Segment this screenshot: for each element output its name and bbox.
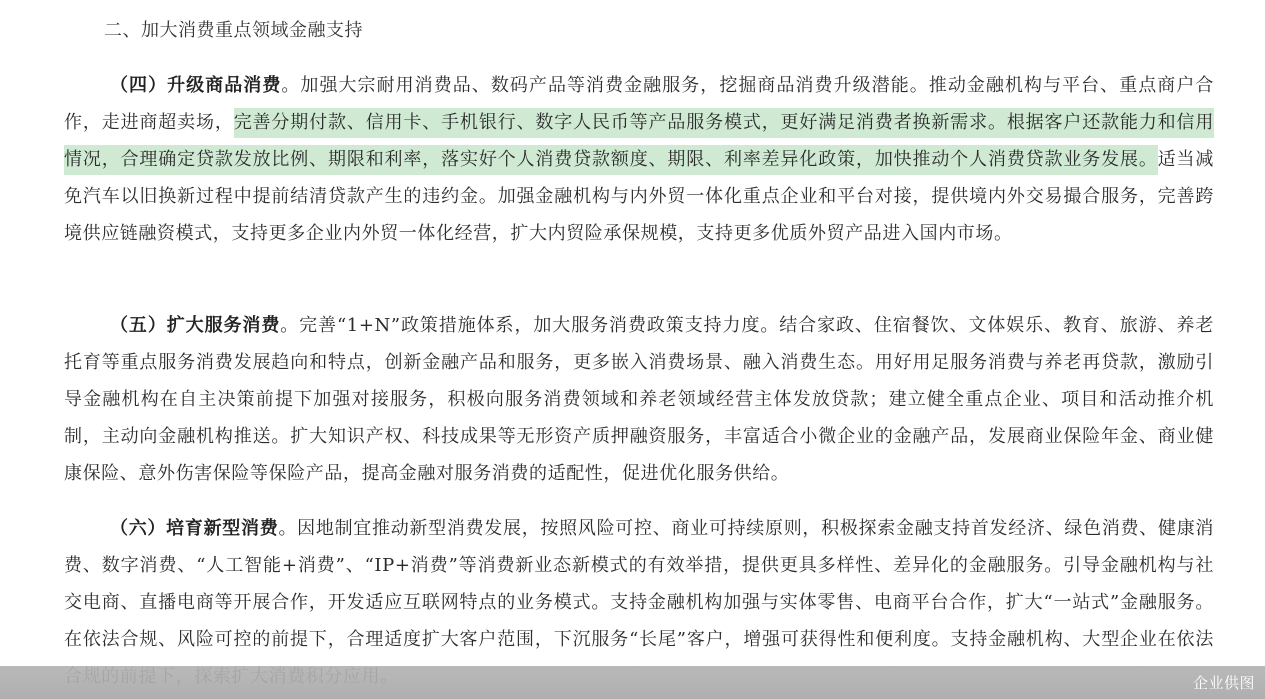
paragraph-text: 。因地制宜推动新型消费发展，按照风险可控、商业可持续原则，积极探索金融支持首发经… [64,518,1214,687]
paragraph-heading: （六）培育新型消费 [110,518,278,539]
document-page: 二、加大消费重点领域金融支持 （四）升级商品消费。加强大宗耐用消费品、数码产品等… [0,0,1265,699]
image-credit: 企业供图 [1193,672,1255,693]
caption-bar [0,666,1265,699]
highlighted-text: 完善分期付款、信用卡、手机银行、数字人民币等产品服务模式，更好满足消费者换新需求… [64,108,1214,175]
paragraph-heading: （五）扩大服务消费 [110,315,280,336]
section-title: 二、加大消费重点领域金融支持 [104,16,363,46]
paragraph-text: 。完善“1+N”政策措施体系，加大服务消费政策支持力度。结合家政、住宿餐饮、文体… [64,315,1214,484]
paragraph-expand-service-consumption: （五）扩大服务消费。完善“1+N”政策措施体系，加大服务消费政策支持力度。结合家… [64,307,1214,492]
paragraph-upgrade-goods-consumption: （四）升级商品消费。加强大宗耐用消费品、数码产品等消费金融服务，挖掘商品消费升级… [64,67,1214,252]
paragraph-heading: （四）升级商品消费 [110,75,281,96]
